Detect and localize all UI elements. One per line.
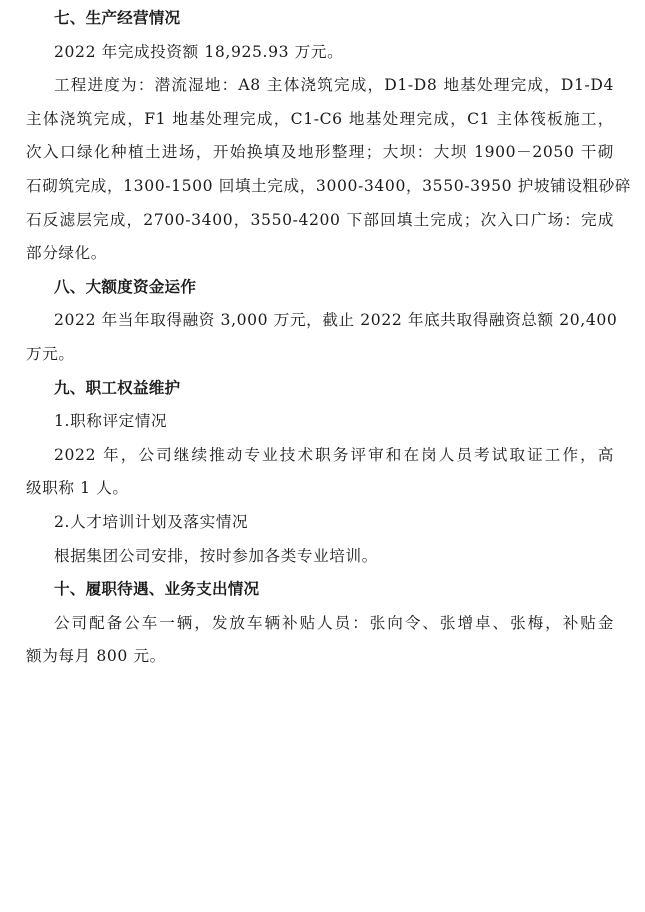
paragraph-financing-line: 2022 年当年取得融资 3,000 万元，截止 2022 年底共取得融资总额 … — [26, 304, 614, 338]
paragraph-vehicle-line: 公司配备公车一辆，发放车辆补贴人员：张向令、张增卓、张梅，补贴金 — [26, 607, 614, 641]
paragraph-progress-line: 石砌筑完成，1300-1500 回填土完成，3000-3400，3550-395… — [26, 170, 614, 204]
paragraph-progress-line: 次入口绿化种植土进场，开始换填及地形整理；大坝：大坝 1900－2050 干砌 — [26, 136, 614, 170]
document-page: 七、生产经营情况 2022 年完成投资额 18,925.93 万元。 工程进度为… — [26, 2, 614, 674]
section-heading-production: 七、生产经营情况 — [26, 2, 614, 36]
paragraph-progress-line: 主体浇筑完成，F1 地基处理完成，C1-C6 地基处理完成，C1 主体筏板施工， — [26, 103, 614, 137]
paragraph-training: 根据集团公司安排，按时参加各类专业培训。 — [26, 540, 614, 574]
section-heading-employee-rights: 九、职工权益维护 — [26, 372, 614, 406]
section-heading-financing: 八、大额度资金运作 — [26, 271, 614, 305]
paragraph-progress-line: 石反滤层完成，2700-3400，3550-4200 下部回填土完成；次入口广场… — [26, 204, 614, 238]
paragraph-financing-line: 万元。 — [26, 338, 614, 372]
paragraph-title-evaluation-line: 级职称 1 人。 — [26, 472, 614, 506]
paragraph-progress-line: 工程进度为：潜流湿地：A8 主体浇筑完成，D1-D8 地基处理完成，D1-D4 — [26, 69, 614, 103]
paragraph-vehicle-line: 额为每月 800 元。 — [26, 640, 614, 674]
section-heading-benefits-expenses: 十、履职待遇、业务支出情况 — [26, 573, 614, 607]
paragraph-investment: 2022 年完成投资额 18,925.93 万元。 — [26, 36, 614, 70]
paragraph-title-evaluation-line: 2022 年，公司继续推动专业技术职务评审和在岗人员考试取证工作，高 — [26, 439, 614, 473]
subheading-training-plan: 2.人才培训计划及落实情况 — [26, 506, 614, 540]
paragraph-progress-line: 部分绿化。 — [26, 237, 614, 271]
subheading-title-evaluation: 1.职称评定情况 — [26, 405, 614, 439]
